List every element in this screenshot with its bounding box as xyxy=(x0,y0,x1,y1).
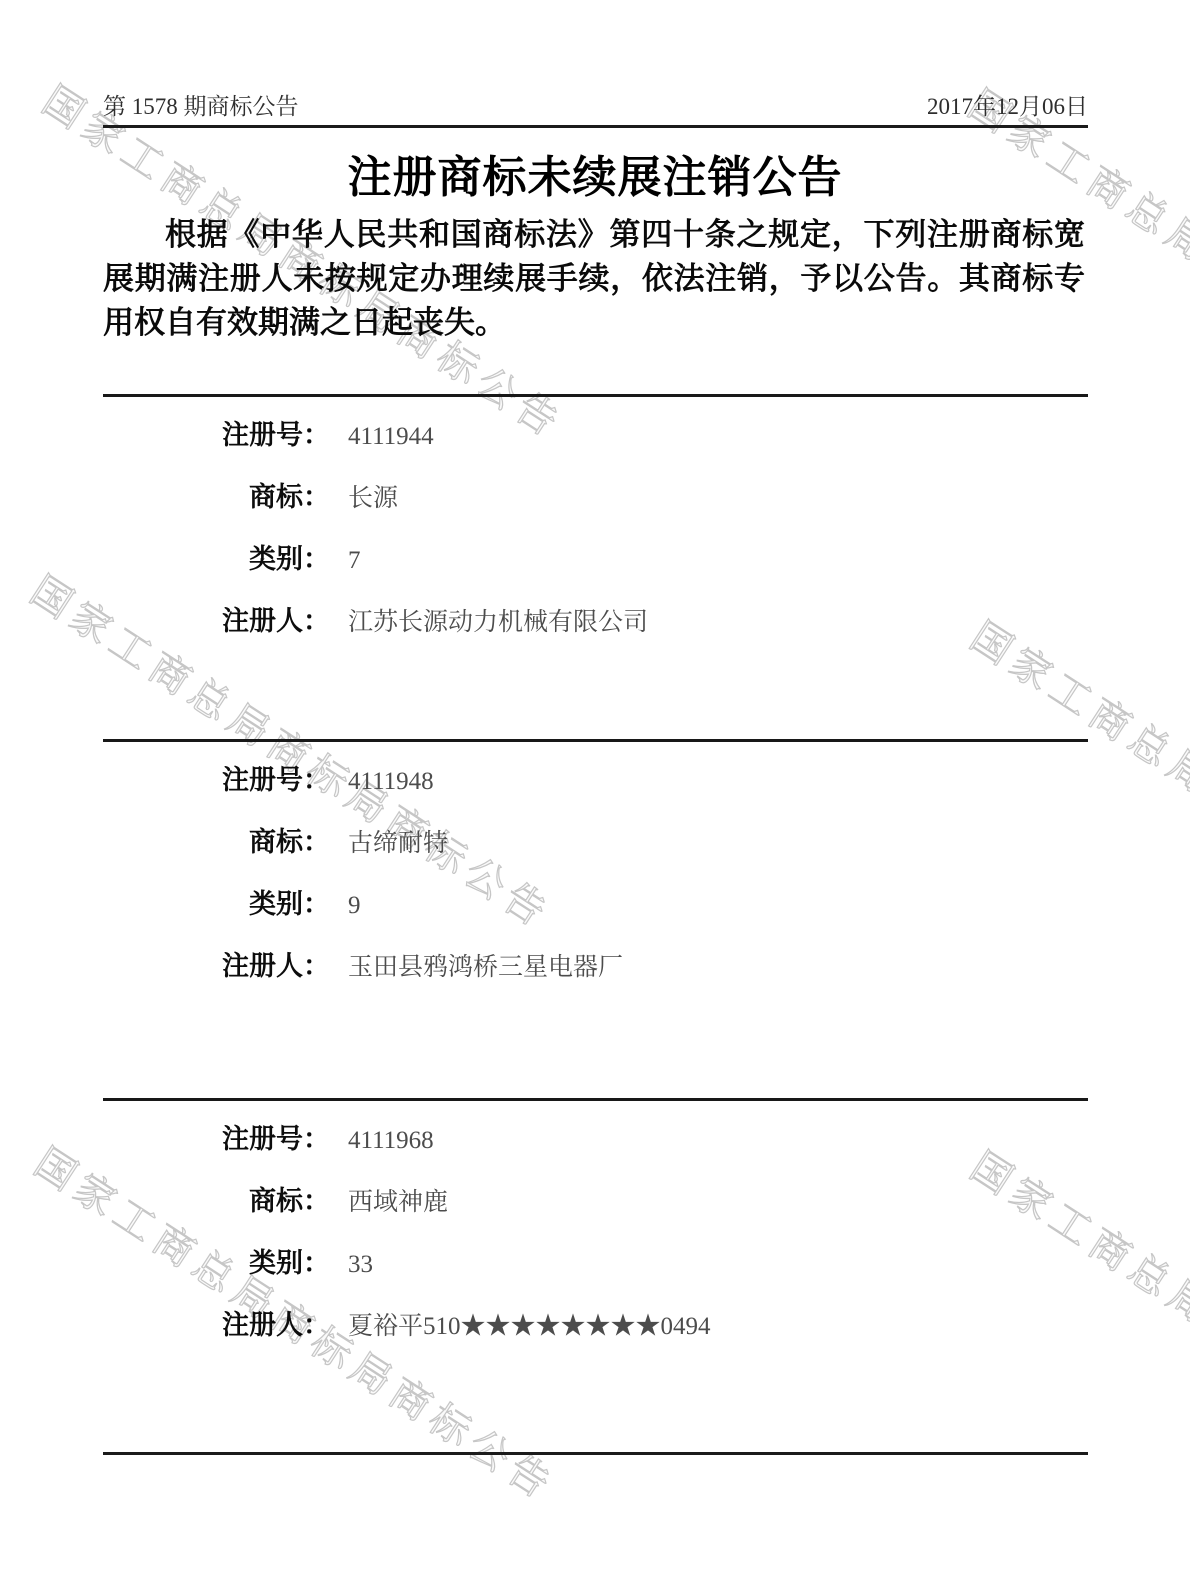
trademark-row: 商标： 西域神鹿 xyxy=(103,1179,1088,1206)
trademark-label: 商标： xyxy=(103,820,330,859)
registrant-value: 玉田县鸦鸿桥三星电器厂 xyxy=(348,947,623,983)
registration-no-row: 注册号： 4111948 xyxy=(103,758,1088,785)
registrant-label: 注册人： xyxy=(103,1303,330,1342)
trademark-record: 注册号： 4111948 商标： 古缔耐特 类别： 9 注册人： 玉田县鸦鸿桥三… xyxy=(103,739,1088,1006)
registration-no-value: 4111944 xyxy=(348,423,434,451)
gazette-page: 国家工商总局商标局商标公告 国家工商总局商标局商标公告 国家工商总局商标局商标公… xyxy=(0,0,1190,1594)
page-title: 注册商标未续展注销公告 xyxy=(0,141,1190,205)
category-label: 类别： xyxy=(103,537,330,576)
category-value: 7 xyxy=(348,547,361,575)
trademark-row: 商标： 长源 xyxy=(103,475,1088,502)
category-row: 类别： 9 xyxy=(103,882,1088,909)
registration-no-label: 注册号： xyxy=(103,413,330,452)
header-rule xyxy=(103,125,1088,128)
trademark-value: 长源 xyxy=(348,478,398,514)
intro-paragraph: 根据《中华人民共和国商标法》第四十条之规定，下列注册商标宽展期满注册人未按规定办… xyxy=(103,213,1085,345)
trademark-value: 西域神鹿 xyxy=(348,1182,448,1218)
trademark-record: 注册号： 4111968 商标： 西域神鹿 类别： 33 注册人： 夏裕平510… xyxy=(103,1098,1088,1365)
trademark-row: 商标： 古缔耐特 xyxy=(103,820,1088,847)
registrant-row: 注册人： 江苏长源动力机械有限公司 xyxy=(103,599,1088,626)
trademark-label: 商标： xyxy=(103,1179,330,1218)
page-content: 第 1578 期商标公告 2017年12月06日 注册商标未续展注销公告 根据《… xyxy=(0,0,1190,1594)
registration-no-value: 4111948 xyxy=(348,768,434,796)
registrant-label: 注册人： xyxy=(103,599,330,638)
gazette-issue-number: 第 1578 期商标公告 xyxy=(103,88,299,121)
registration-no-label: 注册号： xyxy=(103,1117,330,1156)
registrant-label: 注册人： xyxy=(103,944,330,983)
registration-no-value: 4111968 xyxy=(348,1127,434,1155)
registration-no-row: 注册号： 4111968 xyxy=(103,1117,1088,1144)
trademark-record: 注册号： 4111944 商标： 长源 类别： 7 注册人： 江苏长源动力机械有… xyxy=(103,394,1088,661)
category-label: 类别： xyxy=(103,882,330,921)
category-row: 类别： 7 xyxy=(103,537,1088,564)
registrant-row: 注册人： 玉田县鸦鸿桥三星电器厂 xyxy=(103,944,1088,971)
registration-no-label: 注册号： xyxy=(103,758,330,797)
trademark-label: 商标： xyxy=(103,475,330,514)
registration-no-row: 注册号： 4111944 xyxy=(103,413,1088,440)
category-label: 类别： xyxy=(103,1241,330,1280)
bottom-rule xyxy=(103,1452,1088,1455)
category-row: 类别： 33 xyxy=(103,1241,1088,1268)
registrant-value: 江苏长源动力机械有限公司 xyxy=(348,602,648,638)
trademark-value: 古缔耐特 xyxy=(348,823,448,859)
category-value: 33 xyxy=(348,1251,373,1279)
registrant-value: 夏裕平510★★★★★★★★0494 xyxy=(348,1306,711,1342)
registrant-row: 注册人： 夏裕平510★★★★★★★★0494 xyxy=(103,1303,1088,1330)
gazette-date: 2017年12月06日 xyxy=(927,88,1088,121)
category-value: 9 xyxy=(348,892,361,920)
